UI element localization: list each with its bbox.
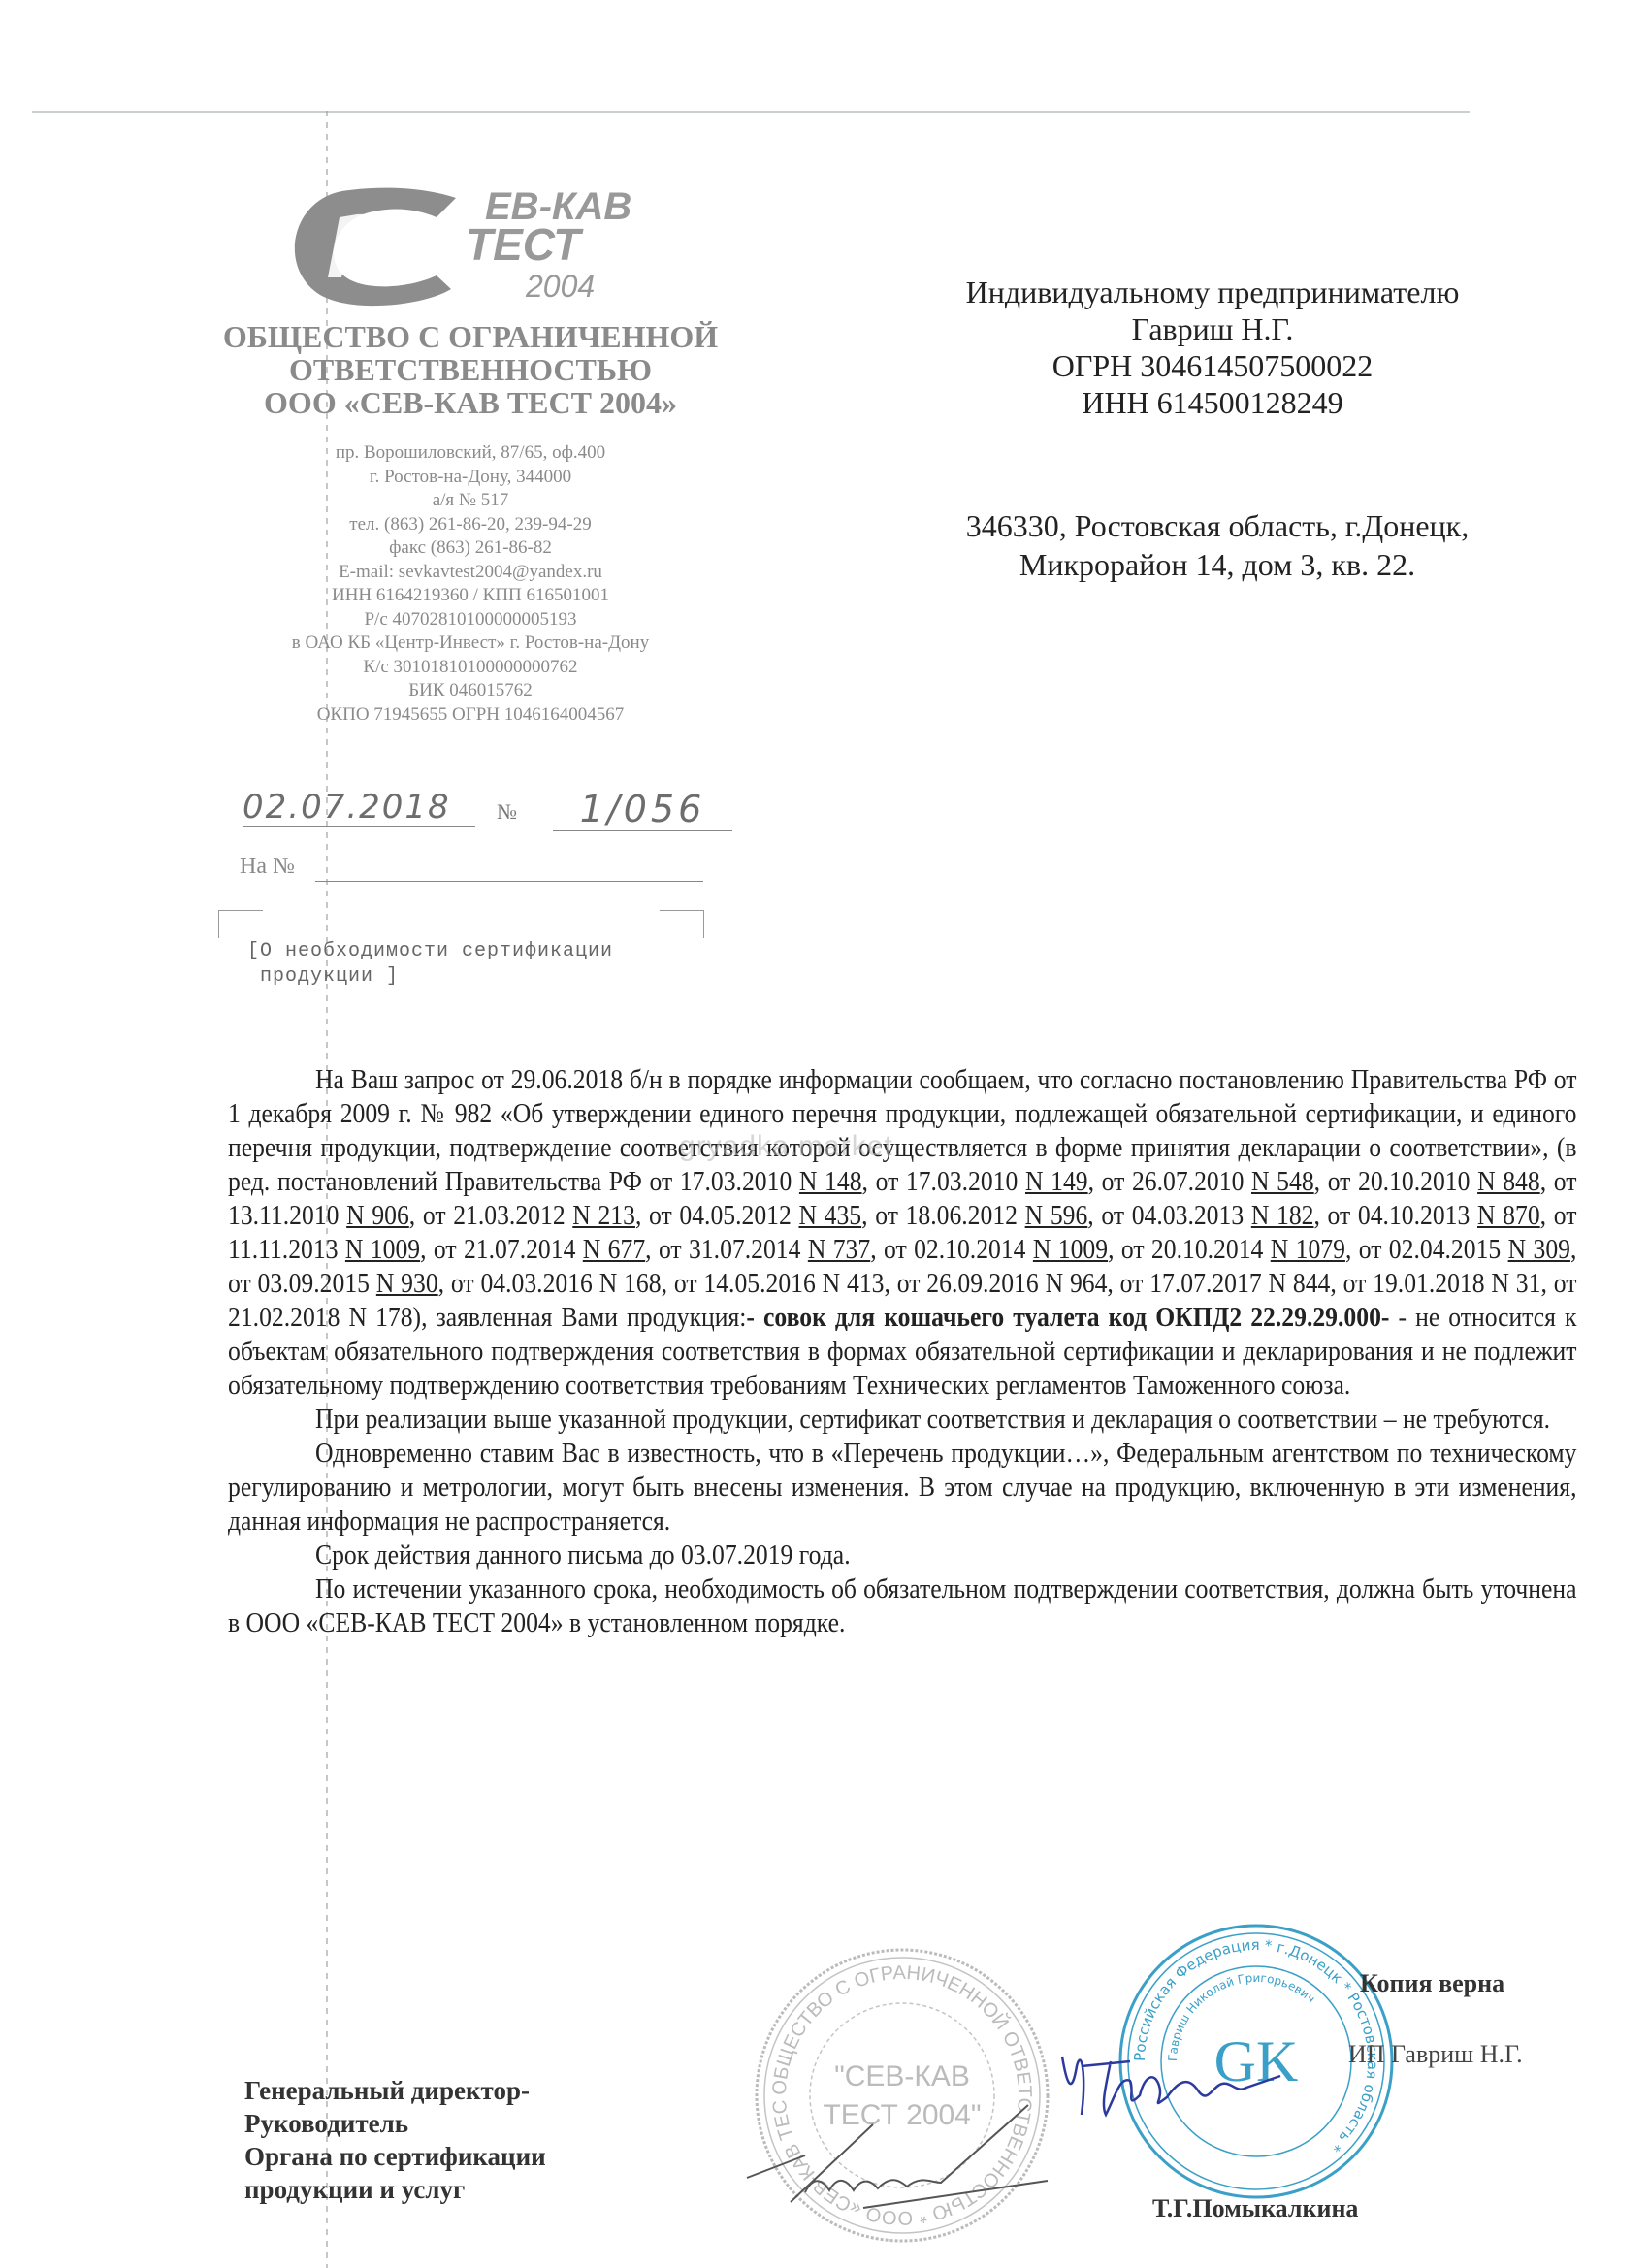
outgoing-registration: 02.07.2018 № 1/056 [242, 788, 727, 830]
company-inn-kpp: ИНН 6164219360 / КПП 616501001 [199, 584, 742, 608]
company-corr-account: К/с 30101810100000000762 [199, 656, 742, 680]
amendment-number: N 31 [1491, 1269, 1540, 1299]
amendment-number: N 168 [599, 1269, 662, 1299]
amendment-number: N 1009 [1033, 1235, 1108, 1265]
letter-body: На Ваш запрос от 29.06.2018 б/н в порядк… [228, 1063, 1577, 1640]
amendment-number: N 844 [1269, 1269, 1331, 1299]
ip-signature [1052, 2027, 1285, 2134]
amendment-number: N 737 [808, 1235, 870, 1265]
scan-edge-line [32, 111, 1470, 113]
product-name: - совок для кошачьего туалета код ОКПД2 … [746, 1303, 1389, 1333]
copy-certified-label: Копия верна [1360, 1969, 1504, 1998]
outgoing-number: 1/056 [553, 788, 732, 831]
amendment-number: N 548 [1251, 1167, 1314, 1197]
svg-text:ТЕСТ: ТЕСТ [466, 219, 584, 270]
company-name: ОБЩЕСТВО С ОГРАНИЧЕННОЙ ОТВЕТСТВЕННОСТЬЮ… [199, 320, 742, 419]
amendment-number: N 435 [798, 1201, 861, 1231]
amendment-number: N 1009 [345, 1235, 420, 1265]
svg-text:2004: 2004 [525, 269, 595, 304]
director-signature [737, 2086, 1057, 2221]
amendment-number: N 309 [1508, 1235, 1570, 1265]
amendment-number: N 930 [376, 1269, 438, 1299]
amendment-number: N 213 [572, 1201, 635, 1231]
addressee-address: 346330, Ростовская область, г.Донецк, Ми… [902, 506, 1533, 584]
company-account: Р/с 40702810100000005193 [199, 608, 742, 632]
company-email: E-mail: sevkavtest2004@yandex.ru [199, 561, 742, 585]
signer-title-line: Генеральный директор- [244, 2074, 546, 2107]
addressee-title: Индивидуальному предпринимателю [902, 274, 1523, 310]
addressee-name: Гавриш Н.Г. [902, 310, 1523, 347]
paragraph-changes-notice: Одновременно ставим Вас в известность, ч… [228, 1437, 1577, 1539]
paragraph-after-expiry: По истечении указанного срока, необходим… [228, 1572, 1577, 1640]
amendment-number: N 149 [1025, 1167, 1088, 1197]
addressee-block: Индивидуальному предпринимателю Гавриш Н… [902, 274, 1523, 421]
company-name-line: ОТВЕТСТВЕННОСТЬЮ [199, 353, 742, 386]
company-name-line: ООО «СЕВ-КАВ ТЕСТ 2004» [199, 386, 742, 419]
outgoing-number-label: № [497, 799, 517, 825]
paragraph-no-certificate: При реализации выше указанной продукции,… [228, 1403, 1577, 1437]
amendment-number: N 413 [823, 1269, 885, 1299]
amendment-number: N 178 [348, 1303, 412, 1333]
signer-name: Т.Г.Помыкалкина [1152, 2194, 1358, 2223]
signer-title-line: Органа по сертификации [244, 2140, 546, 2173]
company-city: г. Ростов-на-Дону, 344000 [199, 466, 742, 490]
addressee-ogrn: ОГРН 304614507500022 [902, 347, 1523, 384]
amendment-number: N 1079 [1271, 1235, 1345, 1265]
subject-line: продукции ] [247, 964, 713, 989]
amendment-number: N 677 [583, 1235, 645, 1265]
subject-line: [О необходимости сертификации [247, 939, 713, 964]
subject-bracket-right [660, 910, 704, 938]
amendment-number: N 182 [1251, 1201, 1314, 1231]
amendment-number: N 148 [799, 1167, 862, 1197]
reference-field [315, 881, 703, 882]
letter-subject: [О необходимости сертификации продукции … [247, 939, 713, 989]
amendment-number: N 964 [1046, 1269, 1108, 1299]
signer-title: Генеральный директор- Руководитель Орган… [244, 2074, 546, 2206]
product-prefix: ), заявленная Вами продукция: [413, 1303, 747, 1333]
company-address: пр. Ворошиловский, 87/65, оф.400 [199, 441, 742, 466]
company-po-box: а/я № 517 [199, 489, 742, 513]
signer-title-line: Руководитель [244, 2107, 546, 2140]
company-details: пр. Ворошиловский, 87/65, оф.400 г. Рост… [199, 441, 742, 727]
address-line: Микрорайон 14, дом 3, кв. 22. [902, 545, 1533, 584]
company-phone: тел. (863) 261-86-20, 239-94-29 [199, 513, 742, 537]
company-fax: факс (863) 261-86-82 [199, 536, 742, 561]
company-okpo-ogrn: ОКПО 71945655 ОГРН 1046164004567 [199, 703, 742, 728]
ip-name: ИП Гавриш Н.Г. [1348, 2040, 1523, 2069]
outgoing-date: 02.07.2018 [242, 788, 475, 827]
amendment-number: N 870 [1477, 1201, 1540, 1231]
reference-label: На № [240, 854, 295, 880]
address-line: 346330, Ростовская область, г.Донецк, [902, 506, 1533, 545]
paragraph-main: На Ваш запрос от 29.06.2018 б/н в порядк… [228, 1063, 1577, 1403]
amendment-number: N 906 [346, 1201, 409, 1231]
company-logo: ЕВ-КАВ ТЕСТ 2004 [281, 180, 689, 307]
company-name-line: ОБЩЕСТВО С ОГРАНИЧЕННОЙ [199, 320, 742, 353]
company-bik: БИК 046015762 [199, 679, 742, 703]
amendment-number: N 596 [1025, 1201, 1088, 1231]
amendment-number: N 848 [1477, 1167, 1540, 1197]
watermark: gryadka.market [679, 1130, 893, 1163]
paragraph-validity: Срок действия данного письма до 03.07.20… [228, 1539, 1577, 1572]
signer-title-line: продукции и услуг [244, 2173, 546, 2206]
addressee-inn: ИНН 614500128249 [902, 384, 1523, 421]
company-bank: в ОАО КБ «Центр-Инвест» г. Ростов-на-Дон… [199, 632, 742, 656]
reference-number: На № [240, 850, 705, 889]
subject-bracket-left [218, 910, 263, 938]
